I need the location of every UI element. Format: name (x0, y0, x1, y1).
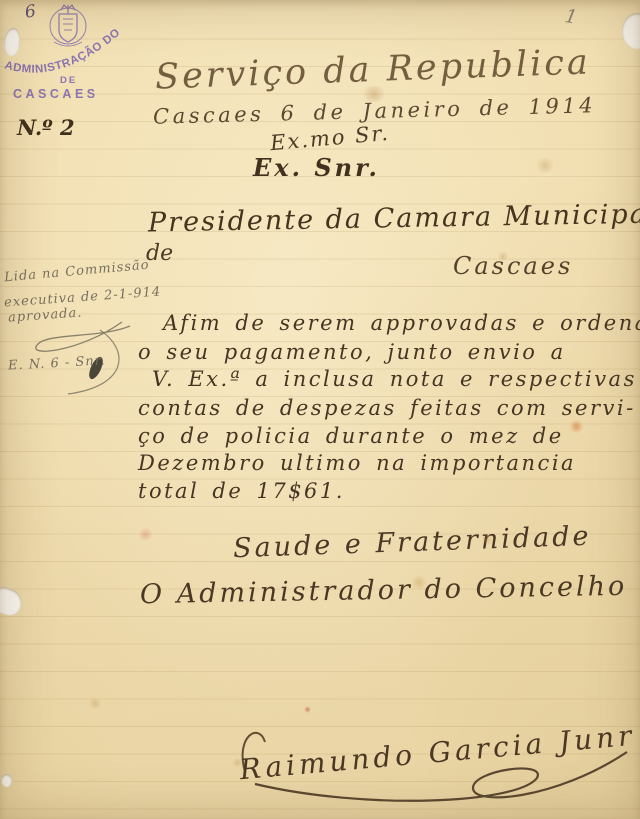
salutation-line-2: Ex. Snr. (253, 153, 380, 182)
paper-notch (622, 13, 640, 49)
addressee-title: Presidente da Camara Municipal (148, 199, 640, 239)
foxing-spot (88, 698, 102, 709)
stamp-emblem-icon (50, 5, 86, 46)
stamp-line-place: CASCAES (13, 87, 99, 101)
closing-salute: Saude e Fraternidade (233, 521, 592, 564)
document-number: N.º 2 (17, 115, 75, 140)
body-line: Dezembro ultimo na importancia (138, 451, 576, 475)
official-stamp: ADMINISTRAÇÃO DO CONCELHO DE CASCAES (2, 0, 142, 110)
body-line: ço de policia durante o mez de (138, 424, 564, 448)
scanned-letter-page: ADMINISTRAÇÃO DO CONCELHO DE CASCAES 6 1… (0, 0, 640, 819)
closing-office: O Administrador do Concelho (140, 571, 628, 611)
salutation-line-1: Ex.mo Sr. (269, 121, 391, 155)
foxing-spot (138, 527, 153, 542)
stamp-line-de: DE (60, 75, 77, 86)
margin-note-line-1: Lida na Commissão (4, 258, 151, 286)
body-line: o seu pagamento, junto envio a (138, 340, 566, 364)
signature-block: Raimundo Garcia Junr (225, 712, 635, 817)
page-number: 1 (563, 5, 580, 29)
paper-tear (0, 585, 25, 618)
body-line: total de 17$61. (138, 479, 345, 503)
body-line: Afim de serem approvadas e ordenado (163, 311, 640, 335)
paper-hole (1, 774, 12, 787)
addressee-of: de (146, 241, 173, 266)
archive-number: 6 (24, 1, 38, 22)
foxing-spot (534, 158, 556, 173)
addressee-place: Cascaes (453, 252, 573, 280)
margin-note-line-2: executiva de 2-1-914 (4, 285, 162, 311)
body-line: contas de despezas feitas com servi- (138, 396, 636, 420)
body-line: V. Ex.ª a inclusa nota e respectivas (152, 367, 637, 391)
foxing-spot (569, 420, 584, 433)
letter-heading: Serviço da Republica (154, 42, 591, 97)
